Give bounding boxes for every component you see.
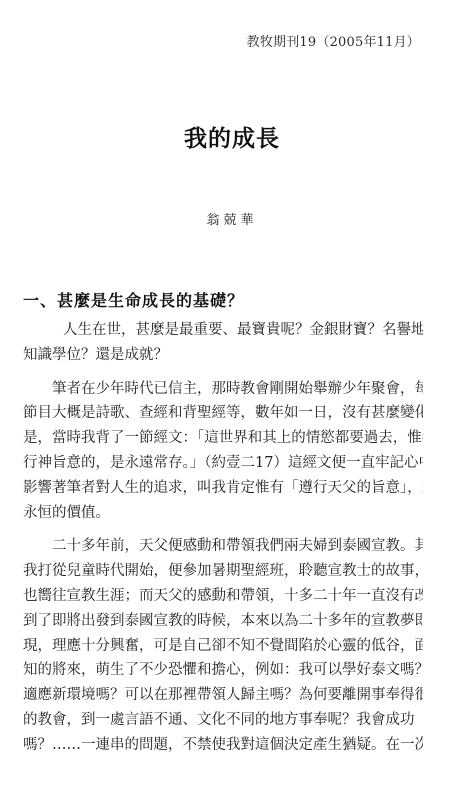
text-line: 到了即將出發到泰國宣教的時候，本來以為二十多年的宣教夢即將實 xyxy=(23,609,423,634)
paragraph-2: 筆者在少年時代已信主，那時教會剛開始舉辦少年聚會，每周的 節目大概是詩歌、查經和… xyxy=(23,377,423,526)
text-line: 二十多年前，天父便感動和帶領我們兩夫婦到泰國宣教。其實， xyxy=(23,534,423,559)
text-line: 知識學位？還是成就？ xyxy=(23,343,423,368)
text-line: 是，當時我背了一節經文：「這世界和其上的情慾都要過去，惟獨遵 xyxy=(23,426,423,451)
text-line: 現，理應十分興奮，可是自己卻不知不覺間陷於心靈的低谷，面對未 xyxy=(23,634,423,659)
text-line: 知的將來，萌生了不少恐懼和擔心，例如：我可以學好泰文嗎？可以 xyxy=(23,658,423,683)
text-line: 的教會，到一處言語不通、文化不同的地方事奉呢？我會成功 xyxy=(23,708,423,733)
text-line: 也嚮往宣教生涯；而天父的感動和帶領，十多二十年一直沒有改變。 xyxy=(23,584,423,609)
running-header: 教牧期刊19（2005年11月） xyxy=(247,31,420,50)
article-author: 翁兢華 xyxy=(0,209,464,228)
text-line: 永恒的價值。 xyxy=(23,501,423,526)
text-line: 筆者在少年時代已信主，那時教會剛開始舉辦少年聚會，每周的 xyxy=(23,377,423,402)
text-line: 行神旨意的，是永遠常存。」（約壹二17）這經文便一直牢記心中， xyxy=(23,451,423,476)
paragraph-1: 人生在世，甚麼是最重要、最寶貴呢？金銀財寶？名譽地位？ 知識學位？還是成就？ xyxy=(23,318,423,368)
article-title: 我的成長 xyxy=(0,120,464,153)
text-line: 我打從兒童時代開始，便參加暑期聖經班，聆聽宣教士的故事，心中 xyxy=(23,559,423,584)
article-body: 人生在世，甚麼是最重要、最寶貴呢？金銀財寶？名譽地位？ 知識學位？還是成就？ 筆… xyxy=(23,318,423,767)
text-line: 適應新環境嗎？可以在那裡帶領人歸主嗎？為何要離開事奉得很開心 xyxy=(23,683,423,708)
text-line: 人生在世，甚麼是最重要、最寶貴呢？金銀財寶？名譽地位？ xyxy=(23,318,423,343)
section-heading: 一、甚麼是生命成長的基礎？ xyxy=(23,288,244,311)
text-line: 節目大概是詩歌、查經和背聖經等，數年如一日，沒有甚麼變化。可 xyxy=(23,401,423,426)
text-line: 影響著筆者對人生的追求，叫我肯定惟有「遵行天父的旨意」，才有 xyxy=(23,476,423,501)
paragraph-3: 二十多年前，天父便感動和帶領我們兩夫婦到泰國宣教。其實， 我打從兒童時代開始，便… xyxy=(23,534,423,757)
document-page: 教牧期刊19（2005年11月） 我的成長 翁兢華 一、甚麼是生命成長的基礎？ … xyxy=(0,0,464,787)
text-line: 嗎？……一連串的問題，不禁使我對這個決定產生猶疑。在一次安靜 xyxy=(23,733,423,758)
